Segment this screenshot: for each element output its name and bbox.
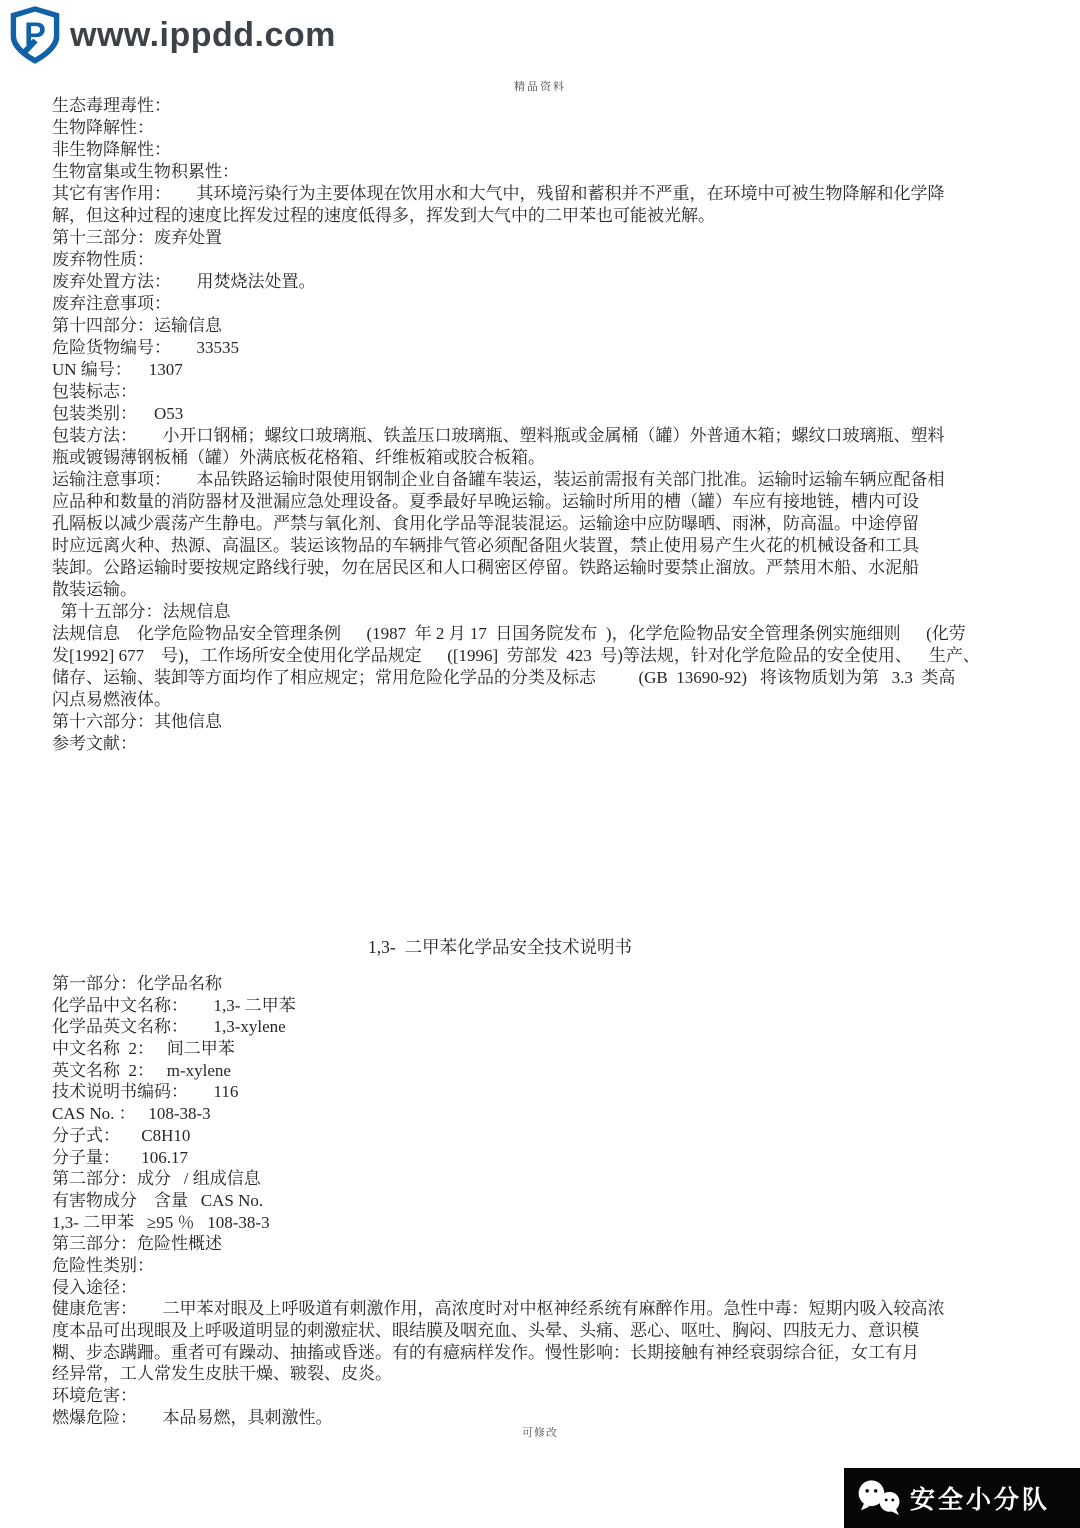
text-line: 储存、运输、装卸等方面均作了相应规定；常用危险化学品的分类及标志 (GB 136… <box>52 667 1040 689</box>
top-note: 精品资料 <box>0 78 1080 94</box>
text-line: 装卸。公路运输时要按规定路线行驶，勿在居民区和人口稠密区停留。铁路运输时要禁止溜… <box>52 557 1040 579</box>
text-line: 环境危害： <box>52 1385 1040 1407</box>
text-line: 第十五部分：法规信息 <box>52 601 1040 623</box>
text-line: 生物降解性： <box>52 117 1040 139</box>
text-line: 废弃处置方法： 用焚烧法处置。 <box>52 271 1040 293</box>
footer-watermark: 安全小分队 <box>844 1468 1080 1528</box>
text-line: 化学品中文名称： 1,3- 二甲苯 <box>52 995 1040 1017</box>
text-line: 第二部分：成分 / 组成信息 <box>52 1168 1040 1190</box>
text-line: 孔隔板以减少震荡产生静电。严禁与氧化剂、食用化学品等混装混运。运输途中应防曝晒、… <box>52 513 1040 535</box>
text-line: 解，但这种过程的速度比挥发过程的速度低得多，挥发到大气中的二甲苯也可能被光解。 <box>52 205 1040 227</box>
text-line: 有害物成分 含量 CAS No. <box>52 1190 1040 1212</box>
site-header: P www.ippdd.com <box>8 4 336 66</box>
text-line: 中文名称 2： 间二甲苯 <box>52 1038 1040 1060</box>
text-line: 废弃注意事项： <box>52 293 1040 315</box>
text-line: 侵入途径： <box>52 1277 1040 1299</box>
text-line: 第十四部分：运输信息 <box>52 315 1040 337</box>
site-url-text: www.ippdd.com <box>70 16 336 55</box>
text-line: 第一部分：化学品名称 <box>52 973 1040 995</box>
text-line: 时应远离火种、热源、高温区。装运该物品的车辆排气管必须配备阻火装置，禁止使用易产… <box>52 535 1040 557</box>
text-line: UN 编号： 1307 <box>52 359 1040 381</box>
text-line: 生态毒理毒性： <box>52 95 1040 117</box>
text-line: 分子量： 106.17 <box>52 1147 1040 1169</box>
text-line: 非生物降解性： <box>52 139 1040 161</box>
text-line: 英文名称 2： m-xylene <box>52 1060 1040 1082</box>
footer-watermark-label: 安全小分队 <box>910 1480 1050 1516</box>
text-line: 生物富集或生物积累性： <box>52 161 1040 183</box>
text-line: 危险货物编号： 33535 <box>52 337 1040 359</box>
text-line: 健康危害： 二甲苯对眼及上呼吸道有刺激作用，高浓度时对中枢神经系统有麻醉作用。急… <box>52 1298 1040 1320</box>
text-line: 闪点易燃液体。 <box>52 689 1040 711</box>
msds-sheet-title: 1,3- 二甲苯化学品安全技术说明书 <box>0 934 1000 959</box>
text-line: 瓶或镀锡薄钢板桶（罐）外满底板花格箱、纤维板箱或胶合板箱。 <box>52 447 1040 469</box>
msds-continuation-block: 生态毒理毒性：生物降解性：非生物降解性：生物富集或生物积累性：其它有害作用： 其… <box>52 95 1040 755</box>
text-line: 包装标志： <box>52 381 1040 403</box>
text-line: 经异常，工人常发生皮肤干燥、皲裂、皮炎。 <box>52 1363 1040 1385</box>
text-line: 运输注意事项： 本品铁路运输时限使用钢制企业自备罐车装运，装运前需报有关部门批准… <box>52 469 1040 491</box>
wechat-chat-faces-icon <box>856 1479 904 1517</box>
text-line: 第三部分：危险性概述 <box>52 1233 1040 1255</box>
text-line: 第十六部分：其他信息 <box>52 711 1040 733</box>
text-line: 分子式： C8H10 <box>52 1125 1040 1147</box>
text-line: 参考文献： <box>52 733 1040 755</box>
text-line: 应品种和数量的消防器材及泄漏应急处理设备。夏季最好早晚运输。运输时所用的槽（罐）… <box>52 491 1040 513</box>
text-line: 第十三部分：废弃处置 <box>52 227 1040 249</box>
text-line: 糊、步态蹒跚。重者可有躁动、抽搐或昏迷。有的有癔病样发作。慢性影响：长期接触有神… <box>52 1342 1040 1364</box>
text-line: 包装类别： O53 <box>52 403 1040 425</box>
text-line: 其它有害作用： 其环境污染行为主要体现在饮用水和大气中，残留和蓄积并不严重，在环… <box>52 183 1040 205</box>
text-line: 废弃物性质： <box>52 249 1040 271</box>
text-line: 1,3- 二甲苯 ≥95 ％ 108-38-3 <box>52 1212 1040 1234</box>
document-page: P www.ippdd.com 精品资料 生态毒理毒性：生物降解性：非生物降解性… <box>0 0 1080 1528</box>
text-line: 化学品英文名称： 1,3-xylene <box>52 1016 1040 1038</box>
msds-sheet-block: 第一部分：化学品名称化学品中文名称： 1,3- 二甲苯化学品英文名称： 1,3-… <box>52 973 1040 1428</box>
bottom-note: 可修改 <box>0 1424 1080 1440</box>
text-line: 散装运输。 <box>52 579 1040 601</box>
text-line: 技术说明书编码： 116 <box>52 1081 1040 1103</box>
text-line: 发[1992] 677 号)，工作场所安全使用化学品规定 ([1996] 劳部发… <box>52 645 1040 667</box>
text-line: 法规信息 化学危险物品安全管理条例 (1987 年 2 月 17 日国务院发布 … <box>52 623 1040 645</box>
shield-logo-icon: P <box>8 5 62 65</box>
text-line: CAS No. ： 108-38-3 <box>52 1103 1040 1125</box>
text-line: 包装方法： 小开口钢桶；螺纹口玻璃瓶、铁盖压口玻璃瓶、塑料瓶或金属桶（罐）外普通… <box>52 425 1040 447</box>
text-line: 危险性类别： <box>52 1255 1040 1277</box>
text-line: 度本品可出现眼及上呼吸道明显的刺激症状、眼结膜及咽充血、头晕、头痛、恶心、呕吐、… <box>52 1320 1040 1342</box>
